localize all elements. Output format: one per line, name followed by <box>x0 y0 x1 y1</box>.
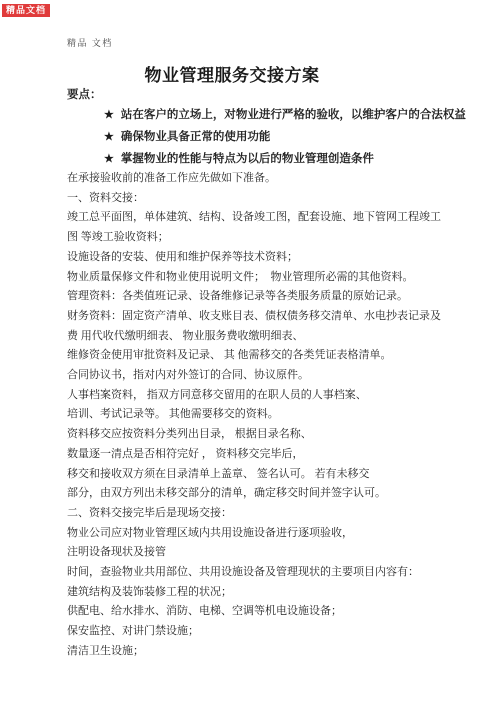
paragraph-line: 设施设备的安装、使用和维护保养等技术资料； <box>67 248 441 268</box>
paragraph-line: 图 等竣工验收资料； <box>67 228 441 248</box>
paragraph-line: 部分，由双方列出未移交部分的清单，确定移交时间并签字认可。 <box>67 484 441 504</box>
paragraph-line: 保安监控、对讲门禁设施； <box>67 622 441 642</box>
paragraph-line: 清洁卫生设施； <box>67 642 441 662</box>
key-point: ★站在客户的立场上，对物业进行严格的验收，以维护客户的合法权益 <box>104 104 466 126</box>
key-points-list: ★站在客户的立场上，对物业进行严格的验收，以维护客户的合法权益 ★确保物业具备正… <box>104 104 466 170</box>
paragraph-line: 供配电、给水排水、消防、电梯、空调等机电设施设备； <box>67 602 441 622</box>
star-bullet-icon: ★ <box>104 126 114 148</box>
key-point: ★确保物业具备正常的使用功能 <box>104 126 466 148</box>
star-bullet-icon: ★ <box>104 104 114 126</box>
paragraph-line: 建筑结构及装饰装修工程的状况； <box>67 583 441 603</box>
paragraph-line: 资料移交应按资料分类列出目录， 根据目录名称、 <box>67 425 441 445</box>
watermark-label: 精品 文档 <box>67 36 113 49</box>
paragraph-line: 物业公司应对物业管理区域内共用设施设备进行逐项验收， <box>67 524 441 544</box>
paragraph-line: 移交和接收双方须在目录清单上盖章、 签名认可。 若有未移交 <box>67 465 441 485</box>
document-body: 在承接验收前的准备工作应先做如下准备。 一、资料交接： 竣工总平面图，单体建筑、… <box>67 169 441 662</box>
paragraph-line: 合同协议书，指对内对外签订的合同、协议原件。 <box>67 366 441 386</box>
key-point-text: 掌握物业的性能与特点为以后的物业管理创造条件 <box>121 153 374 165</box>
key-point: ★掌握物业的性能与特点为以后的物业管理创造条件 <box>104 148 466 170</box>
paragraph-line: 二、资料交接完毕后是现场交接： <box>67 504 441 524</box>
paragraph-line: 人事档案资料， 指双方同意移交留用的在职人员的人事档案、 <box>67 386 441 406</box>
paragraph-line: 一、资料交接： <box>67 189 441 209</box>
paragraph-line: 物业质量保修文件和物业使用说明文件； 物业管理所必需的其他资料。 <box>67 268 441 288</box>
paragraph-line: 维修资金使用审批资料及记录、 其 他需移交的各类凭证表格清单。 <box>67 346 441 366</box>
paragraph-line: 费 用代收代缴明细表、 物业服务费收缴明细表、 <box>67 327 441 347</box>
paragraph-line: 注明设备现状及接管 <box>67 543 441 563</box>
paragraph-line: 管理资料：各类值班记录、设备维修记录等各类服务质量的原始记录。 <box>67 287 441 307</box>
paragraph-line: 财务资料：固定资产清单、收支账目表、债权债务移交清单、水电抄表记录及 <box>67 307 441 327</box>
paragraph-line: 时间，查验物业共用部位、共用设施设备及管理现状的主要项目内容有： <box>67 563 441 583</box>
paragraph-line: 培训、考试记录等。 其他需要移交的资料。 <box>67 405 441 425</box>
paragraph-line: 数量逐一清点是否相符完好 ， 资料移交完毕后， <box>67 445 441 465</box>
brand-badge: 精品文档 <box>2 4 50 17</box>
points-label: 要点： <box>67 86 102 102</box>
star-bullet-icon: ★ <box>104 148 114 170</box>
key-point-text: 确保物业具备正常的使用功能 <box>121 131 271 143</box>
paragraph-line: 竣工总平面图，单体建筑、结构、设备竣工图，配套设施、地下管网工程竣工 <box>67 208 441 228</box>
key-point-text: 站在客户的立场上，对物业进行严格的验收，以维护客户的合法权益 <box>121 109 466 121</box>
document-title: 物业管理服务交接方案 <box>0 61 464 86</box>
paragraph-line: 在承接验收前的准备工作应先做如下准备。 <box>67 169 441 189</box>
document-page: 精品文档 精品 文档 物业管理服务交接方案 要点： ★站在客户的立场上，对物业进… <box>0 0 500 708</box>
